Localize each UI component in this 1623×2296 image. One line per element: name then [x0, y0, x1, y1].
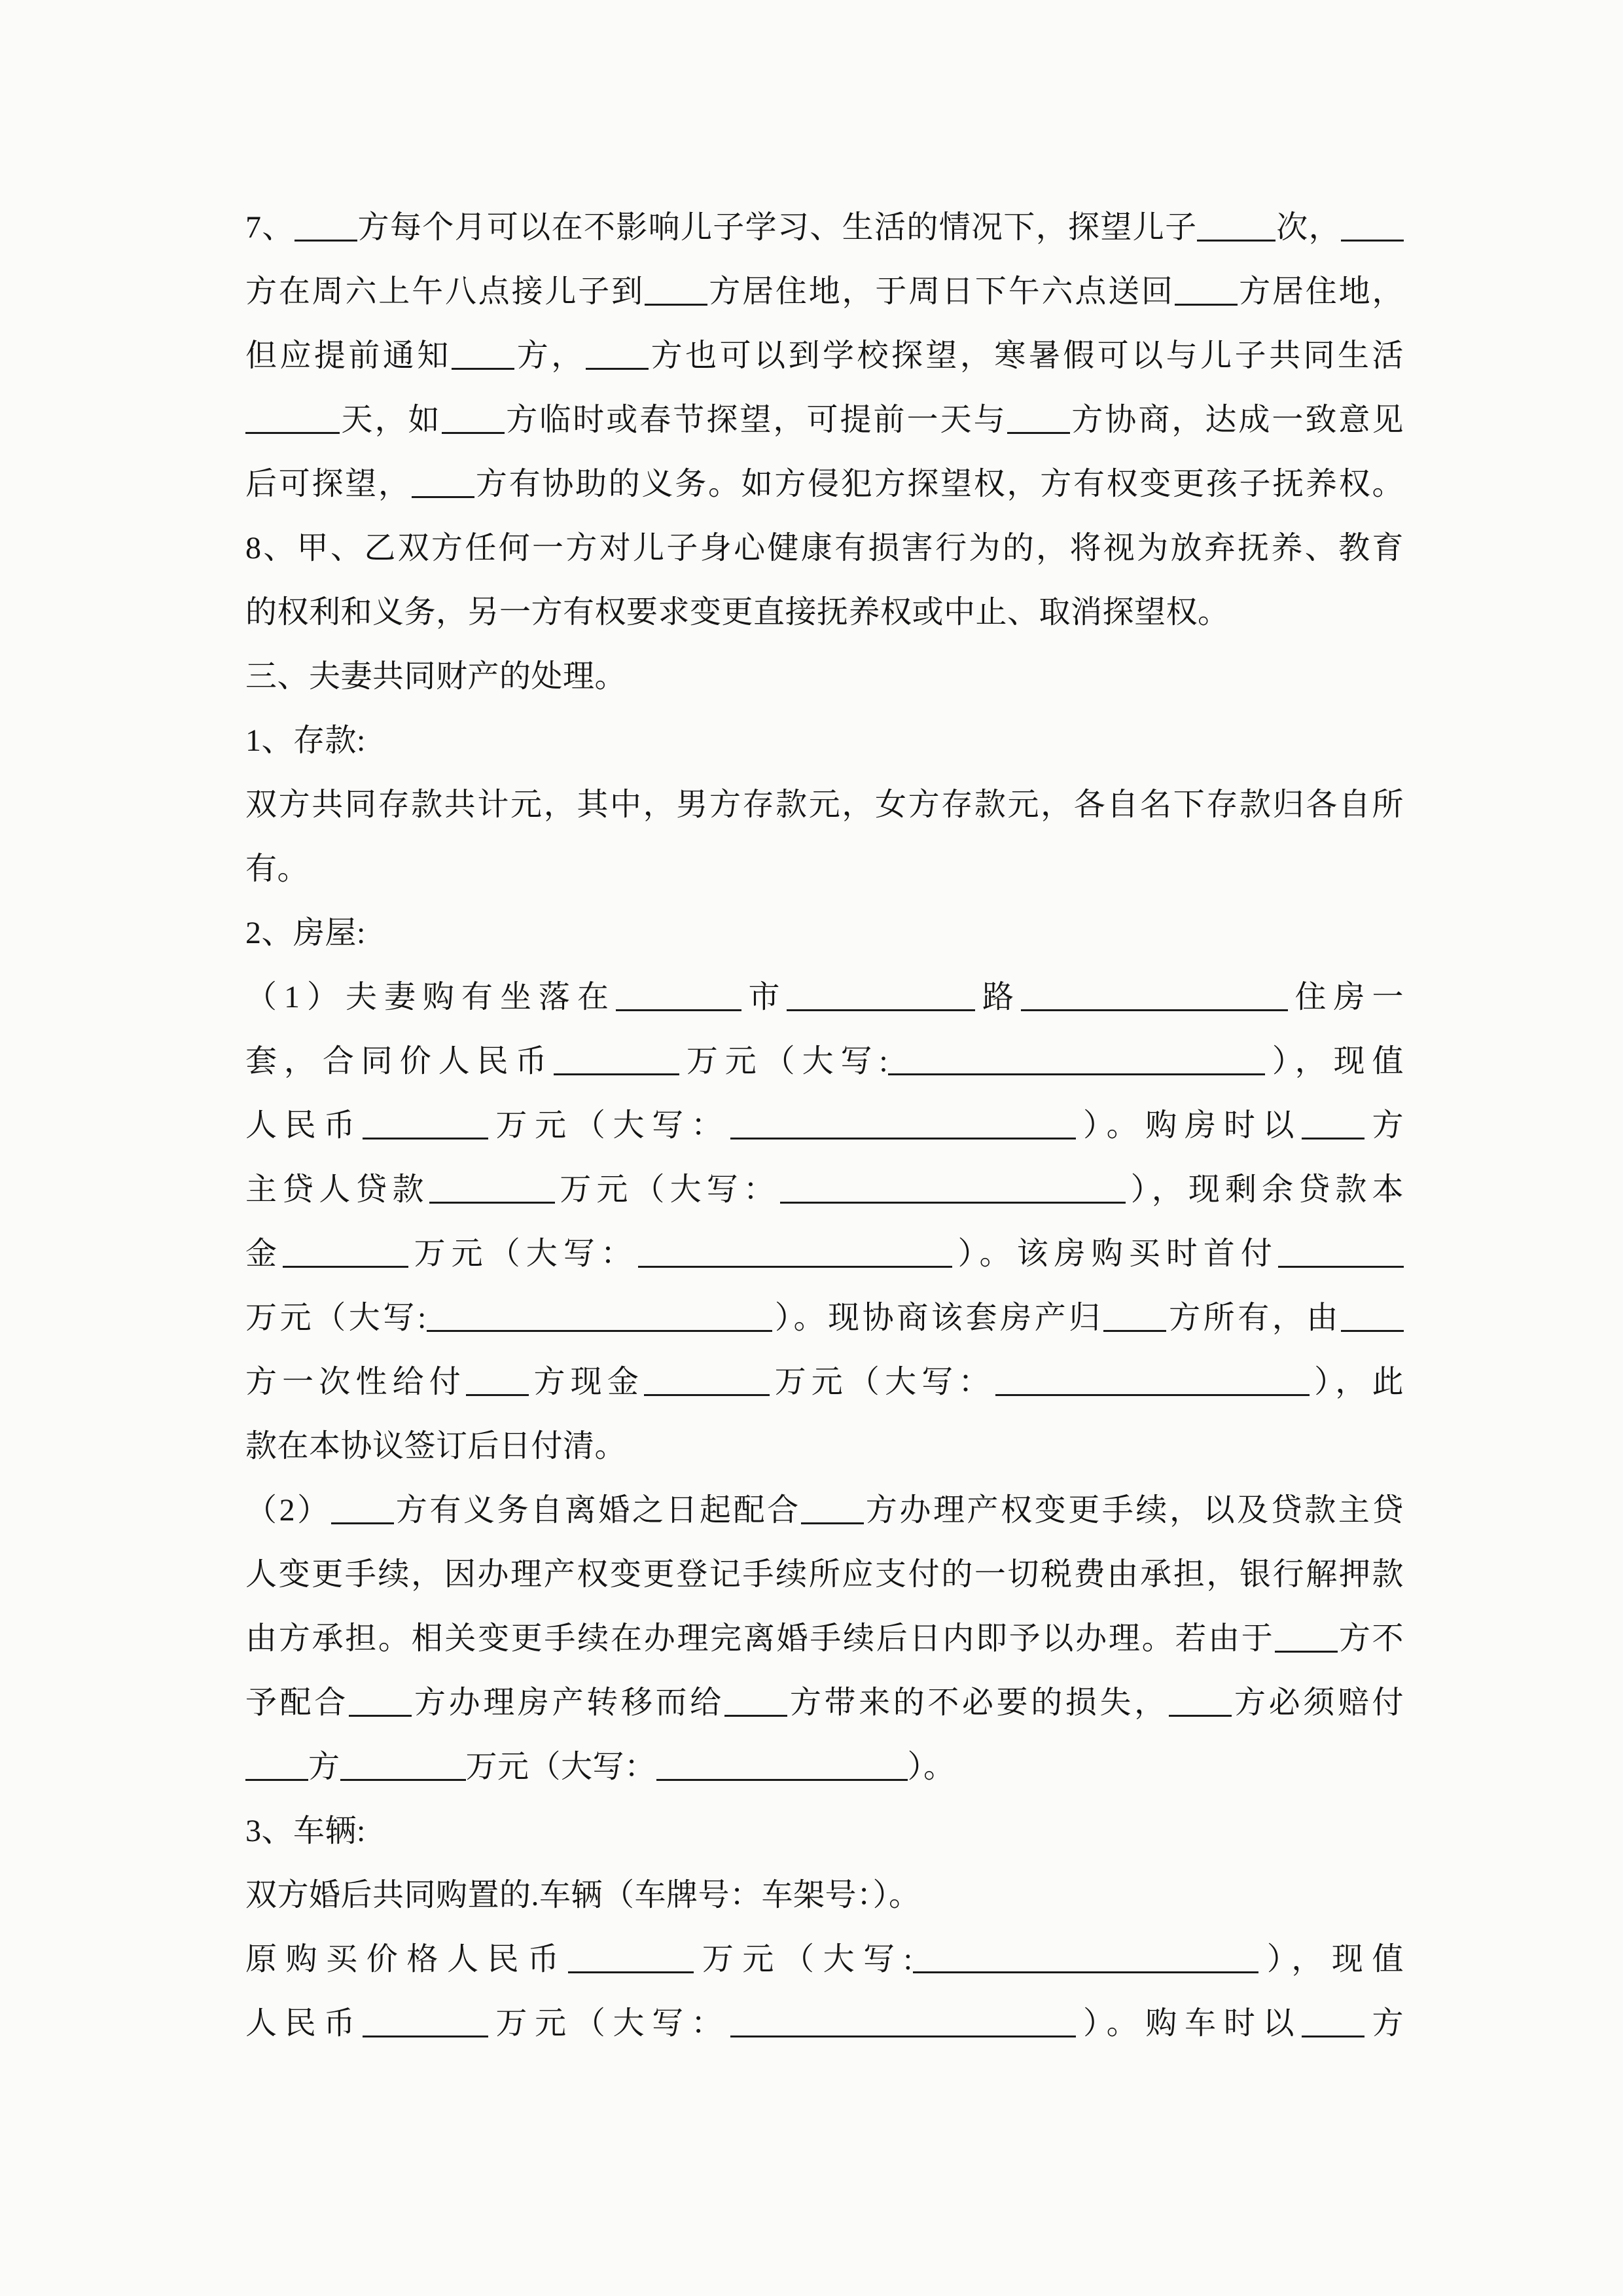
fill-in-blank	[724, 1715, 787, 1717]
text-line: 人变更手续，因办理产权变更登记手续所应支付的一切税费由承担，银行解押款	[245, 1543, 1404, 1607]
document-page: 7、方每个月可以在不影响儿子学习、生活的情况下，探望儿子次，方在周六上午八点接儿…	[0, 0, 1623, 2296]
text-line: 天，如方临时或春节探望，可提前一天与方协商，达成一致意见	[245, 388, 1404, 452]
fill-in-blank	[340, 1779, 466, 1781]
fill-in-blank	[1197, 240, 1275, 242]
text-line: 方万元（大写：）。	[245, 1735, 1404, 1799]
fill-in-blank	[1021, 1009, 1288, 1011]
fill-in-blank	[349, 1715, 412, 1717]
text-line: 三、夫妻共同财产的处理。	[245, 645, 1404, 709]
fill-in-blank	[429, 1202, 555, 1204]
text-line: 款在本协议签订后日付清。	[245, 1414, 1404, 1479]
fill-in-blank	[1007, 432, 1070, 434]
fill-in-blank	[412, 496, 474, 498]
fill-in-blank	[730, 2036, 1076, 2037]
text-line: 人民币万元（大写：）。购车时以方	[245, 1992, 1404, 2056]
fill-in-blank	[245, 1779, 308, 1781]
fill-in-blank	[801, 1522, 864, 1524]
text-line: 7、方每个月可以在不影响儿子学习、生活的情况下，探望儿子次，	[245, 196, 1404, 260]
text-line: 原购买价格人民币万元（大写:），现值	[245, 1928, 1404, 1992]
fill-in-blank	[554, 1073, 679, 1075]
fill-in-blank	[995, 1394, 1310, 1396]
text-line: 由方承担。相关变更手续在办理完离婚手续后日内即予以办理。若由于方不	[245, 1607, 1404, 1671]
text-line: 人民币万元（大写：）。购房时以方	[245, 1094, 1404, 1158]
text-line: 方在周六上午八点接儿子到方居住地，于周日下午六点送回方居住地，	[245, 260, 1404, 324]
text-line: 予配合方办理房产转移而给方带来的不必要的损失，方必须赔付	[245, 1671, 1404, 1735]
fill-in-blank	[787, 1009, 975, 1011]
fill-in-blank	[1341, 240, 1404, 242]
fill-in-blank	[616, 1009, 741, 1011]
text-line: 2、房屋:	[245, 901, 1404, 965]
fill-in-blank	[283, 1266, 408, 1268]
fill-in-blank	[294, 240, 357, 242]
document-body: 7、方每个月可以在不影响儿子学习、生活的情况下，探望儿子次，方在周六上午八点接儿…	[245, 196, 1404, 2056]
fill-in-blank	[586, 368, 649, 370]
text-line: 8、甲、乙双方任何一方对儿子身心健康有损害行为的，将视为放弃抚养、教育	[245, 516, 1404, 581]
fill-in-blank	[363, 2036, 488, 2037]
fill-in-blank	[427, 1330, 772, 1332]
fill-in-blank	[1175, 304, 1238, 306]
fill-in-blank	[644, 1394, 770, 1396]
fill-in-blank	[1302, 2036, 1364, 2037]
text-line: 主贷人贷款万元（大写：），现剩余贷款本	[245, 1158, 1404, 1222]
fill-in-blank	[888, 1073, 1265, 1075]
fill-in-blank	[568, 1971, 694, 1973]
fill-in-blank	[1341, 1330, 1404, 1332]
text-line: （2）方有义务自离婚之日起配合方办理产权变更手续，以及贷款主贷	[245, 1479, 1404, 1543]
fill-in-blank	[1169, 1715, 1232, 1717]
text-line: 金万元（大写：）。该房购买时首付	[245, 1222, 1404, 1286]
text-line: 双方共同存款共计元，其中，男方存款元，女方存款元，各自名下存款归各自所	[245, 773, 1404, 837]
text-line: 双方婚后共同购置的.车辆（车牌号：车架号：）。	[245, 1863, 1404, 1928]
fill-in-blank	[780, 1202, 1126, 1204]
text-line: 方一次性给付方现金万元（大写：），此	[245, 1350, 1404, 1414]
fill-in-blank	[1103, 1330, 1166, 1332]
fill-in-blank	[638, 1266, 952, 1268]
text-line: 万元（大写:）。现协商该套房产归方所有，由	[245, 1286, 1404, 1350]
fill-in-blank	[913, 1971, 1258, 1973]
fill-in-blank	[331, 1522, 394, 1524]
fill-in-blank	[645, 304, 707, 306]
fill-in-blank	[730, 1138, 1076, 1139]
fill-in-blank	[1275, 1651, 1338, 1653]
text-line: 后可探望，方有协助的义务。如方侵犯方探望权，方有权变更孩子抚养权。	[245, 452, 1404, 516]
fill-in-blank	[656, 1779, 908, 1781]
text-line: （1）夫妻购有坐落在市路住房一	[245, 965, 1404, 1030]
fill-in-blank	[452, 368, 514, 370]
text-line: 3、车辆:	[245, 1799, 1404, 1863]
text-line: 的权利和义务，另一方有权要求变更直接抚养权或中止、取消探望权。	[245, 581, 1404, 645]
fill-in-blank	[1302, 1138, 1364, 1139]
fill-in-blank	[245, 432, 340, 434]
fill-in-blank	[466, 1394, 529, 1396]
text-line: 套，合同价人民币万元（大写:），现值	[245, 1030, 1404, 1094]
fill-in-blank	[1278, 1266, 1404, 1268]
text-line: 但应提前通知方，方也可以到学校探望，寒暑假可以与儿子共同生活	[245, 324, 1404, 388]
fill-in-blank	[442, 432, 505, 434]
text-line: 有。	[245, 837, 1404, 901]
text-line: 1、存款:	[245, 709, 1404, 773]
fill-in-blank	[363, 1138, 488, 1139]
